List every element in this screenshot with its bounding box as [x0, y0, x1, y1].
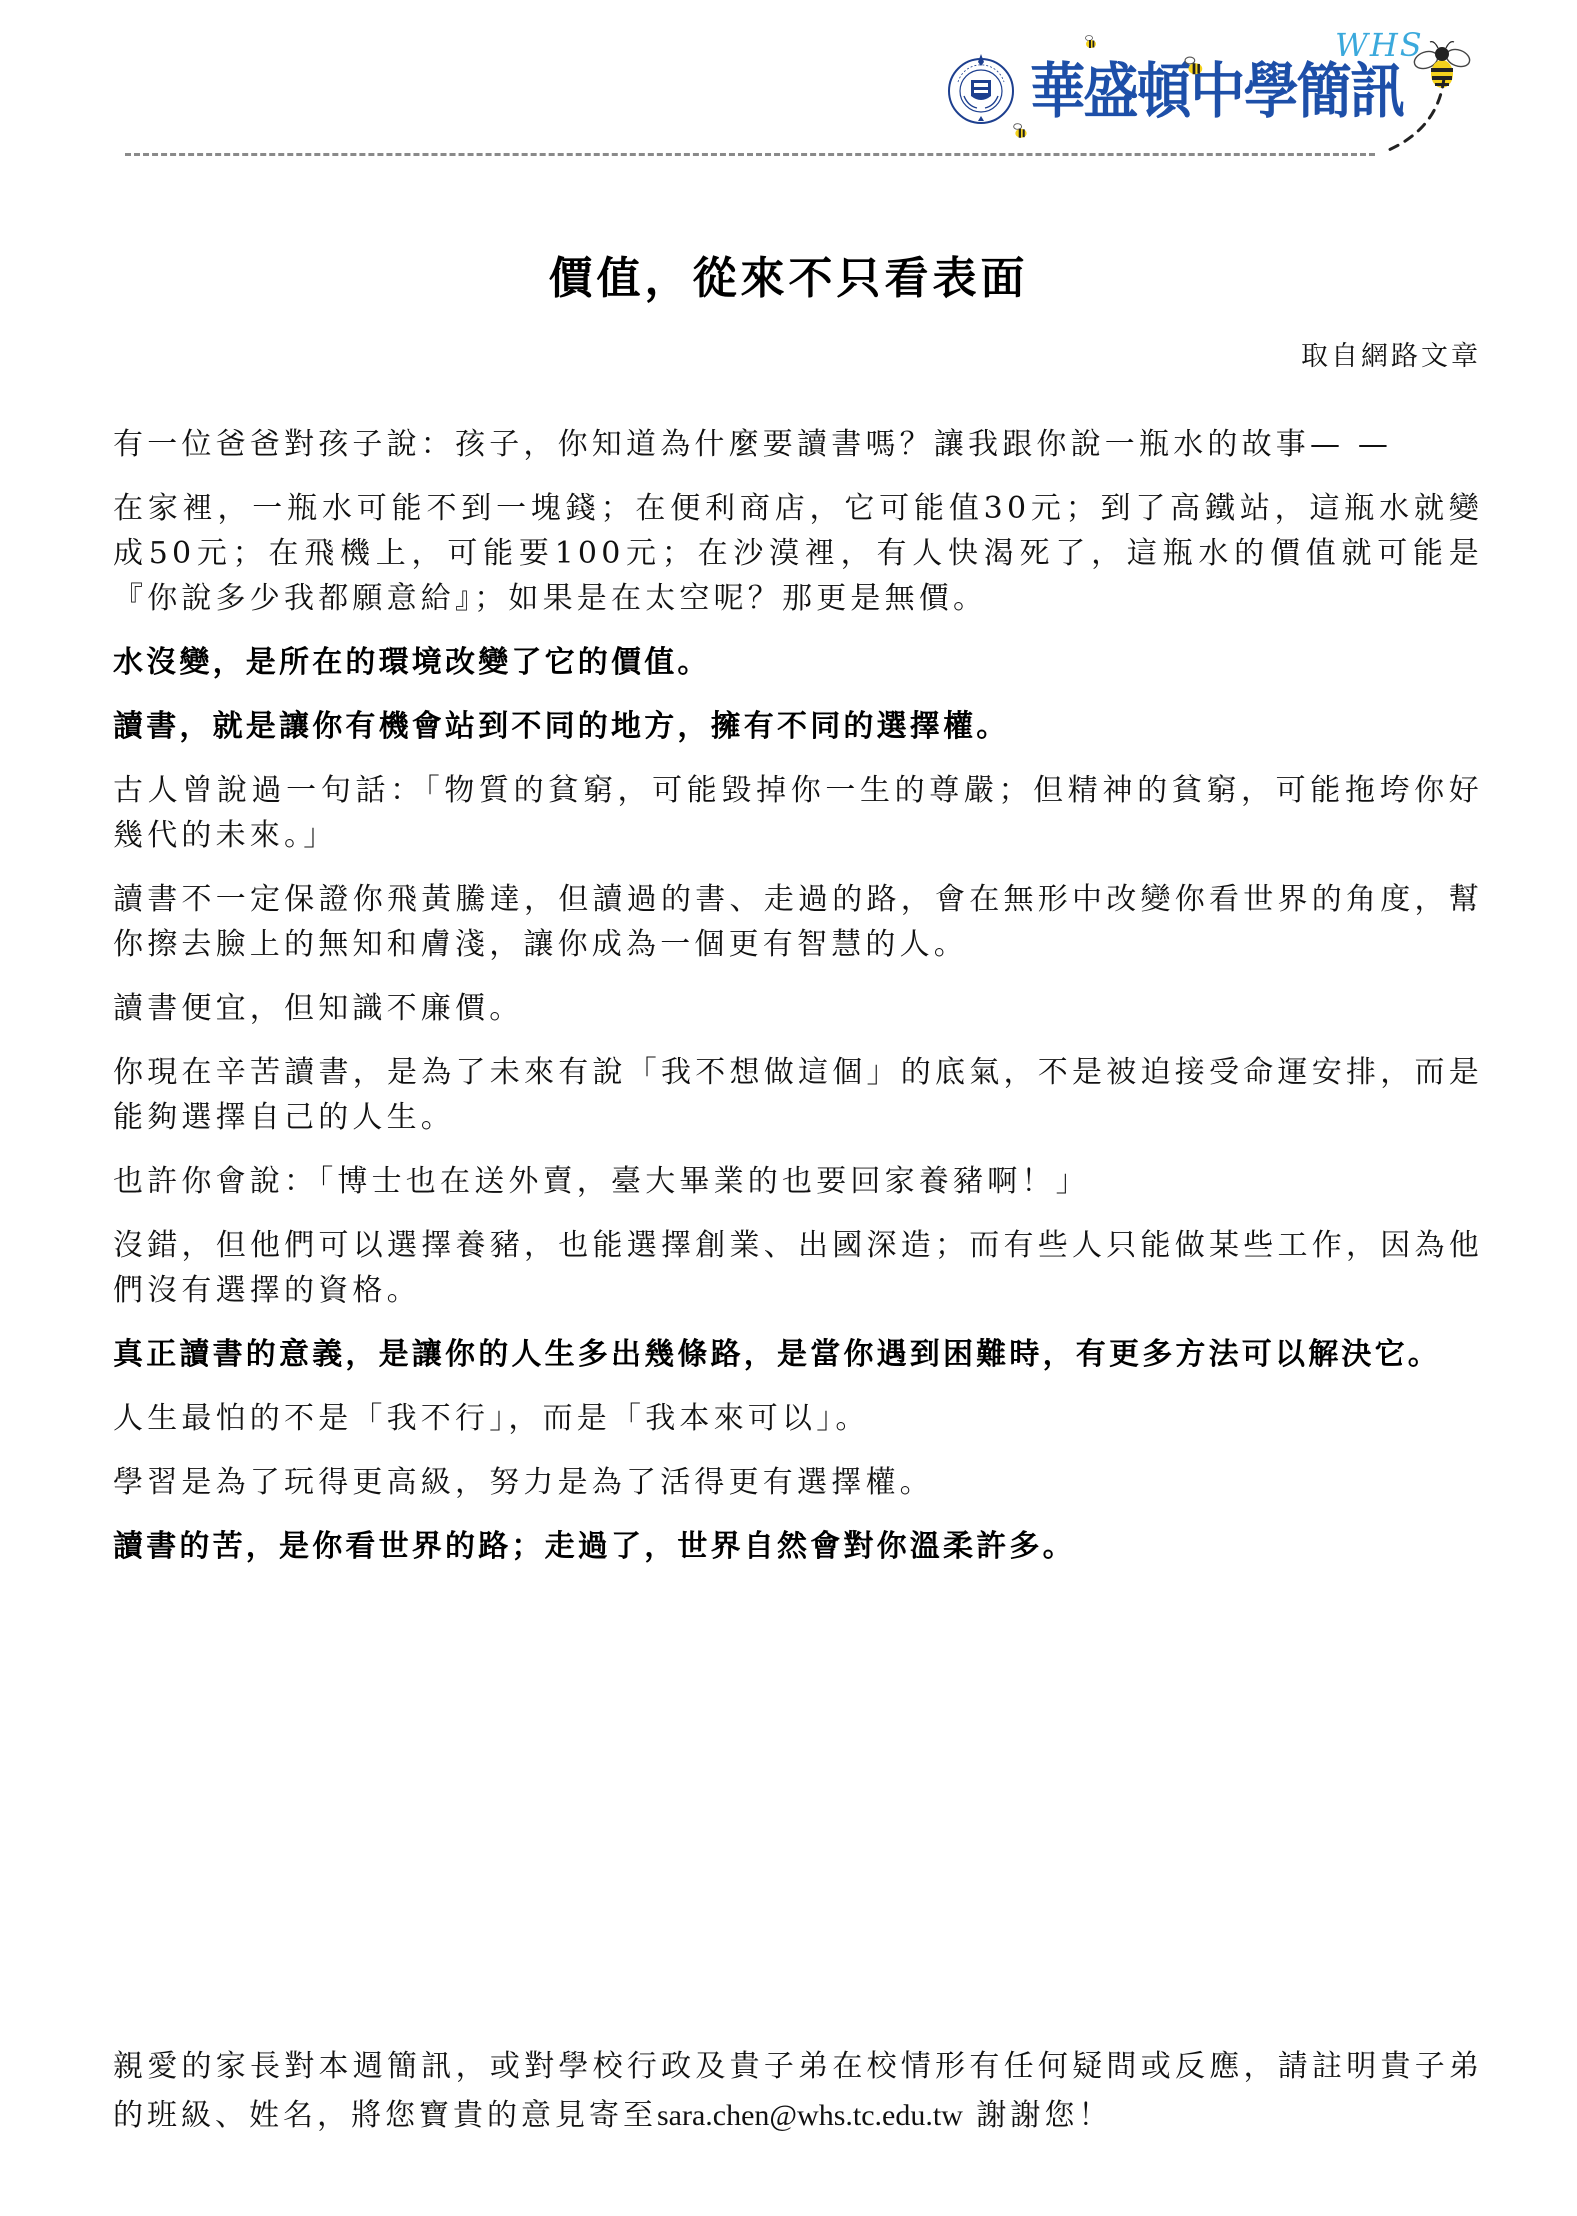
paragraph: 在家裡，一瓶水可能不到一塊錢；在便利商店，它可能值30元；到了高鐵站，這瓶水就變… — [113, 486, 1483, 621]
dashed-flight-trail — [1380, 70, 1490, 160]
paragraph: 古人曾說過一句話：「物質的貧窮，可能毀掉你一生的尊嚴；但精神的貧窮，可能拖垮你好… — [113, 768, 1483, 858]
whs-script-logo: WHS — [1335, 26, 1424, 64]
paragraph-emphasis: 真正讀書的意義，是讓你的人生多出幾條路，是當你遇到困難時，有更多方法可以解決它。 — [113, 1332, 1483, 1377]
newsletter-masthead: 華盛頓中學簡訊 WHS — [0, 0, 1577, 170]
paragraph: 學習是為了玩得更高級，努力是為了活得更有選擇權。 — [113, 1460, 1483, 1505]
header-divider — [125, 153, 1375, 156]
article-body: 有一位爸爸對孩子說：孩子，你知道為什麼要讀書嗎？讓我跟你說一瓶水的故事— — 在… — [113, 422, 1483, 1588]
bee-icon — [1083, 34, 1099, 50]
school-seal-icon — [944, 52, 1018, 126]
article-title: 價值，從來不只看表面 — [0, 251, 1577, 307]
footer-thanks-text: 謝謝您！ — [963, 2098, 1113, 2133]
paragraph: 有一位爸爸對孩子說：孩子，你知道為什麼要讀書嗎？讓我跟你說一瓶水的故事— — — [113, 422, 1483, 467]
paragraph: 也許你會說：「博士也在送外賣，臺大畢業的也要回家養豬啊！」 — [113, 1159, 1483, 1204]
paragraph: 讀書不一定保證你飛黃騰達，但讀過的書、走過的路，會在無形中改變你看世界的角度，幫… — [113, 877, 1483, 967]
paragraph-emphasis: 讀書，就是讓你有機會站到不同的地方，擁有不同的選擇權。 — [113, 704, 1483, 749]
newsletter-title: 華盛頓中學簡訊 — [1030, 56, 1404, 128]
paragraph: 沒錯，但他們可以選擇養豬，也能選擇創業、出國深造；而有些人只能做某些工作，因為他… — [113, 1223, 1483, 1313]
paragraph: 你現在辛苦讀書，是為了未來有說「我不想做這個」的底氣，不是被迫接受命運安排，而是… — [113, 1050, 1483, 1140]
parent-feedback-note: 親愛的家長對本週簡訊，或對學校行政及貴子弟在校情形有任何疑問或反應，請註明貴子弟… — [113, 2042, 1483, 2140]
article-source: 取自網路文章 — [1301, 340, 1481, 374]
paragraph-emphasis: 水沒變，是所在的環境改變了它的價值。 — [113, 640, 1483, 685]
bee-icon — [1183, 55, 1205, 77]
paragraph-emphasis: 讀書的苦，是你看世界的路；走過了，世界自然會對你溫柔許多。 — [113, 1524, 1483, 1569]
contact-email-link[interactable]: sara.chen@whs.tc.edu.tw — [657, 2099, 963, 2132]
paragraph: 讀書便宜，但知識不廉價。 — [113, 986, 1483, 1031]
bee-icon — [1012, 122, 1030, 140]
paragraph: 人生最怕的不是「我不行」，而是「我本來可以」。 — [113, 1396, 1483, 1441]
